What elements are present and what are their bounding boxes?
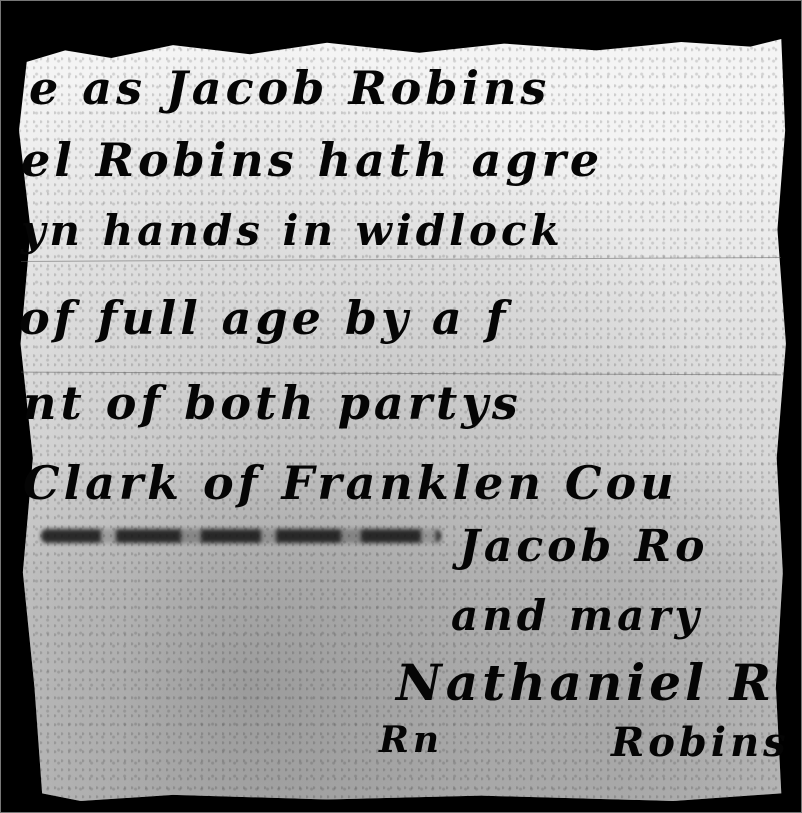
signature-nathaniel: Nathaniel R — [396, 653, 775, 712]
handwritten-line-5: nt of both partys — [23, 376, 522, 430]
signature-robins: Robins — [611, 719, 790, 766]
handwritten-line-6: Clark of Franklen Cou — [23, 456, 678, 510]
handwritten-line-3: yn hands in widlock — [21, 206, 564, 255]
handwritten-line-2: el Robins hath agre — [21, 133, 603, 187]
handwritten-line-4: of full age by a f — [19, 291, 509, 345]
handwritten-line-1: e as Jacob Robins — [29, 61, 550, 115]
ink-smudge — [41, 529, 441, 543]
signature-jacob: Jacob Ro — [459, 521, 708, 572]
signature-mary: and mary — [451, 591, 703, 640]
signature-fragment: Rn — [379, 719, 443, 761]
image-frame: e as Jacob Robins el Robins hath agre yn… — [0, 0, 802, 813]
